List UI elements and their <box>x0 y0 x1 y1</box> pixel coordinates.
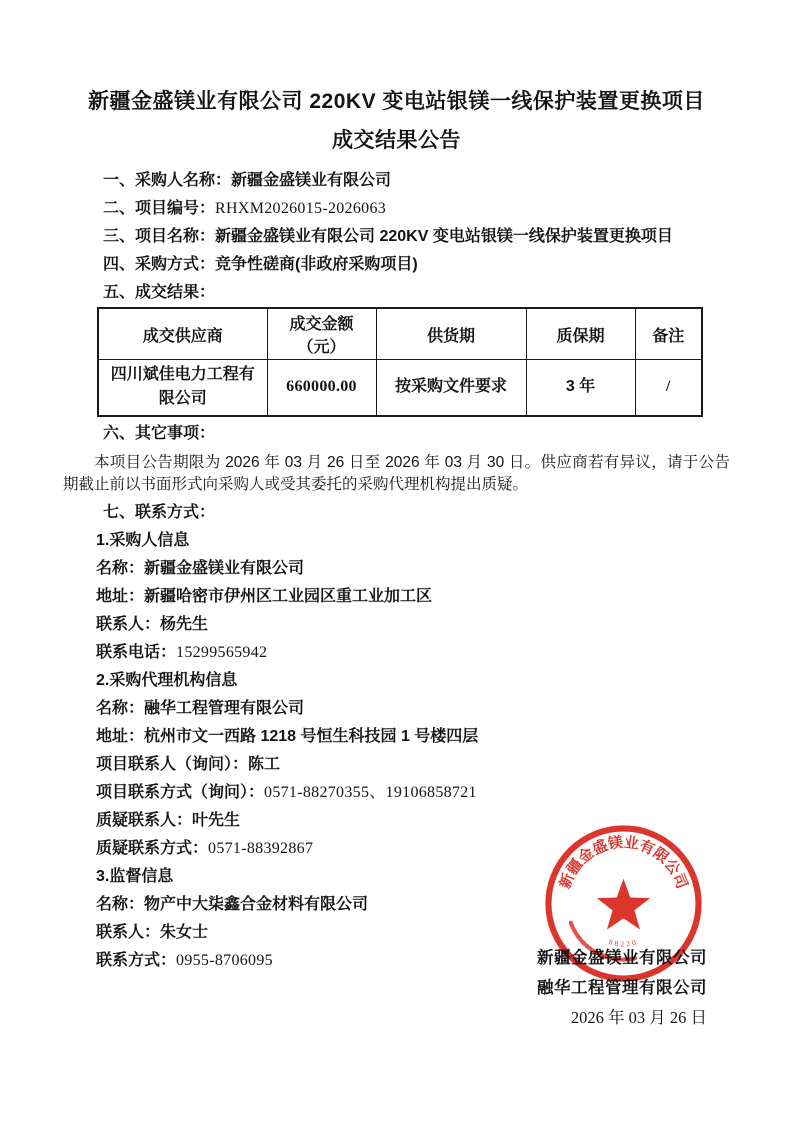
agency-address-line: 地址：杭州市文一西路 1218 号恒生科技园 1 号楼四层 <box>63 723 730 751</box>
cell-supplier: 四川斌佳电力工程有限公司 <box>98 360 267 416</box>
purchaser-name-line: 名称：新疆金盛镁业有限公司 <box>63 555 730 583</box>
cell-delivery-period: 按采购文件要求 <box>376 360 526 416</box>
item-other-matters: 六、其它事项： <box>63 420 730 448</box>
header-warranty-period: 质保期 <box>526 308 635 360</box>
item-procurement-method-value: 竞争性磋商(非政府采购项目) <box>215 256 418 273</box>
supervision-name-label: 名称： <box>96 896 144 913</box>
header-supplier: 成交供应商 <box>98 308 267 360</box>
agency-name-line: 名称：融华工程管理有限公司 <box>63 695 730 723</box>
purchaser-phone-value: 15299565942 <box>176 644 267 661</box>
supervision-contact-person-label: 联系人： <box>96 924 160 941</box>
signature-block: 新疆金盛镁业有限公司 融华工程管理有限公司 2026 年 03 月 26 日 <box>537 944 707 1033</box>
item-project-name-value: 新疆金盛镁业有限公司 220KV 变电站银镁一线保护装置更换项目 <box>215 228 673 245</box>
agency-project-phone-value: 0571-88270355、19106858721 <box>264 784 477 801</box>
agency-query-phone-line: 质疑联系方式：0571-88392867 <box>63 835 730 863</box>
supervision-phone-label: 联系方式： <box>96 952 176 969</box>
agency-query-phone-value: 0571-88392867 <box>208 840 313 857</box>
agency-address-value: 杭州市文一西路 1218 号恒生科技园 1 号楼四层 <box>144 728 478 745</box>
item-purchaser-value: 新疆金盛镁业有限公司 <box>231 172 391 189</box>
purchaser-address-line: 地址：新疆哈密市伊州区工业园区重工业加工区 <box>63 583 730 611</box>
header-remark: 备注 <box>635 308 702 360</box>
supervision-name-value: 物产中大柒鑫合金材料有限公司 <box>144 896 368 913</box>
supervision-contact-person-value: 朱女士 <box>160 924 208 941</box>
agency-query-contact-line: 质疑联系人：叶先生 <box>63 807 730 835</box>
purchaser-contact-person-line: 联系人：杨先生 <box>63 611 730 639</box>
agency-project-contact-line: 项目联系人（询问）：陈工 <box>63 751 730 779</box>
purchaser-address-value: 新疆哈密市伊州区工业园区重工业加工区 <box>144 588 432 605</box>
agency-name-label: 名称： <box>96 700 144 717</box>
contact-section: 1.采购人信息 名称：新疆金盛镁业有限公司 地址：新疆哈密市伊州区工业园区重工业… <box>63 527 730 975</box>
agency-project-contact-value: 陈工 <box>248 756 280 773</box>
award-result-table: 成交供应商 成交金额（元） 供货期 质保期 备注 四川斌佳电力工程有限公司 66… <box>97 307 703 417</box>
purchaser-name-label: 名称： <box>96 560 144 577</box>
agency-project-phone-label: 项目联系方式（询问）： <box>96 784 264 801</box>
cell-amount: 660000.00 <box>267 360 376 416</box>
item-project-name-label: 三、项目名称： <box>103 228 215 245</box>
signature-purchaser-company: 新疆金盛镁业有限公司 <box>537 944 707 974</box>
purchaser-address-label: 地址： <box>96 588 144 605</box>
supervision-phone-value: 0955-8706095 <box>176 952 273 969</box>
item-procurement-method: 四、采购方式：竞争性磋商(非政府采购项目) <box>63 251 730 279</box>
agency-info-heading: 2.采购代理机构信息 <box>63 667 730 695</box>
agency-query-contact-label: 质疑联系人： <box>96 812 192 829</box>
item-project-name: 三、项目名称：新疆金盛镁业有限公司 220KV 变电站银镁一线保护装置更换项目 <box>63 223 730 251</box>
agency-name-value: 融华工程管理有限公司 <box>144 700 304 717</box>
item-project-number-value: RHXM2026015-2026063 <box>215 200 386 217</box>
item-purchaser-name: 一、采购人名称：新疆金盛镁业有限公司 <box>63 167 730 195</box>
agency-query-contact-value: 叶先生 <box>192 812 240 829</box>
table-header-row: 成交供应商 成交金额（元） 供货期 质保期 备注 <box>98 308 702 360</box>
table-data-row: 四川斌佳电力工程有限公司 660000.00 按采购文件要求 3 年 / <box>98 360 702 416</box>
item-purchaser-label: 一、采购人名称： <box>103 172 231 189</box>
purchaser-phone-line: 联系电话：15299565942 <box>63 639 730 667</box>
header-amount: 成交金额（元） <box>267 308 376 360</box>
cell-remark: / <box>635 360 702 416</box>
supervision-contact-person-line: 联系人：朱女士 <box>63 919 730 947</box>
item-contact-info: 七、联系方式： <box>63 499 730 527</box>
numbered-items: 一、采购人名称：新疆金盛镁业有限公司 二、项目编号：RHXM2026015-20… <box>63 167 730 307</box>
item-award-result-label: 五、成交结果： <box>103 284 215 301</box>
document-title-line2: 成交结果公告 <box>63 128 730 154</box>
purchaser-contact-person-value: 杨先生 <box>160 616 208 633</box>
agency-project-phone-line: 项目联系方式（询问）：0571-88270355、19106858721 <box>63 779 730 807</box>
purchaser-phone-label: 联系电话： <box>96 644 176 661</box>
item-procurement-method-label: 四、采购方式： <box>103 256 215 273</box>
agency-address-label: 地址： <box>96 728 144 745</box>
item-award-result: 五、成交结果： <box>63 279 730 307</box>
cell-warranty-period: 3 年 <box>526 360 635 416</box>
item-project-number-label: 二、项目编号： <box>103 200 215 217</box>
document-title-line1: 新疆金盛镁业有限公司 220KV 变电站银镁一线保护装置更换项目 <box>63 0 730 115</box>
purchaser-info-heading: 1.采购人信息 <box>63 527 730 555</box>
signature-date: 2026 年 03 月 26 日 <box>537 1003 707 1033</box>
agency-project-contact-label: 项目联系人（询问）： <box>96 756 248 773</box>
purchaser-name-value: 新疆金盛镁业有限公司 <box>144 560 304 577</box>
document-page: 新疆金盛镁业有限公司 220KV 变电站银镁一线保护装置更换项目 成交结果公告 … <box>0 0 793 1123</box>
supervision-name-line: 名称：物产中大柒鑫合金材料有限公司 <box>63 891 730 919</box>
signature-agency-company: 融华工程管理有限公司 <box>537 974 707 1004</box>
agency-query-phone-label: 质疑联系方式： <box>96 840 208 857</box>
item-project-number: 二、项目编号：RHXM2026015-2026063 <box>63 195 730 223</box>
supervision-info-heading: 3.监督信息 <box>63 863 730 891</box>
notice-paragraph: 本项目公告期限为 2026 年 03 月 26 日至 2026 年 03 月 3… <box>63 452 730 496</box>
header-delivery-period: 供货期 <box>376 308 526 360</box>
purchaser-contact-person-label: 联系人： <box>96 616 160 633</box>
